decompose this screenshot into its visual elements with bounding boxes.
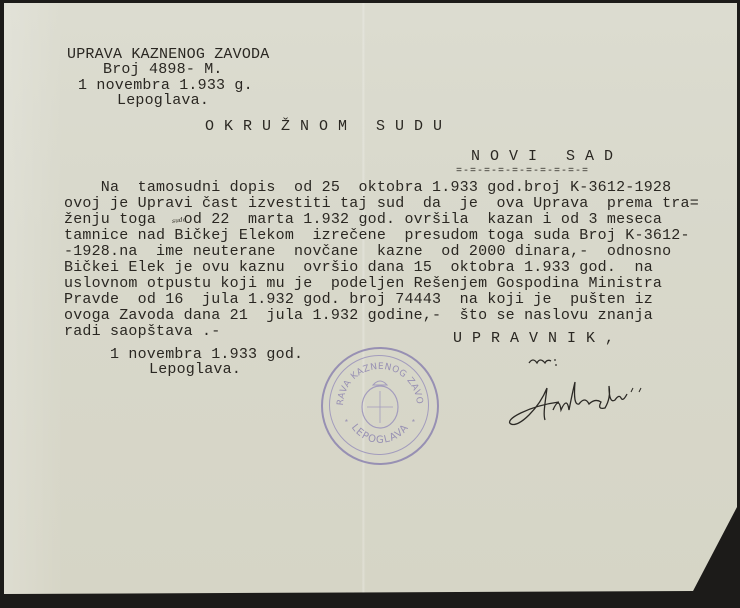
svg-text:UPRAVA KAZNENOG ZAVODA: UPRAVA KAZNENOG ZAVODA xyxy=(323,349,424,406)
reference-number: Broj 4898- M. xyxy=(103,62,223,78)
footer-place: Lepoglava. xyxy=(149,362,241,378)
body-line: radi saopštava .- xyxy=(64,324,220,340)
body-line: Bičkei Elek je ovu kaznu ovršio dana 15 … xyxy=(64,260,653,276)
svg-text:*: * xyxy=(344,419,349,428)
folded-corner xyxy=(696,553,740,595)
svg-text:*: * xyxy=(411,419,416,428)
recipient-city: NOVI SAD xyxy=(471,149,623,165)
body-line: tamnice nad Bičkej Elekom izrečene presu… xyxy=(64,228,690,244)
signature-icon xyxy=(499,348,699,438)
director-signature xyxy=(499,348,699,443)
recipient-court: OKRUŽNOM SUDU xyxy=(205,119,452,135)
body-line: ženju toga od 22 marta 1.932 god. ovršil… xyxy=(64,212,662,228)
svg-text:LEPOGLAVA: LEPOGLAVA xyxy=(349,422,411,446)
official-stamp: UPRAVA KAZNENOG ZAVODA LEPOGLAVA * * xyxy=(321,347,439,465)
signatory-title: UPRAVNIK, xyxy=(453,331,624,347)
body-line: ovoga Zavoda dana 21 jula 1.932 godine,-… xyxy=(64,308,653,324)
body-line: Pravde od 16 jula 1.932 god. broj 74443 … xyxy=(64,292,653,308)
recipient-city-underline: =-=-=-=-=-=-=-=-=-= xyxy=(456,166,589,177)
body-line: uslovnom otpustu koji mu je podeljen Reš… xyxy=(64,276,662,292)
body-line: Na tamosudni dopis od 25 oktobra 1.933 g… xyxy=(64,180,671,196)
body-line: -1928.na ime neuterane novčane kazne od … xyxy=(64,244,671,260)
header-place: Lepoglava. xyxy=(117,93,209,109)
stamp-coat-of-arms-icon: UPRAVA KAZNENOG ZAVODA LEPOGLAVA * * xyxy=(323,349,437,463)
document-paper: UPRAVA KAZNENOG ZAVODA Broj 4898- M. 1 n… xyxy=(4,3,737,603)
body-line: ovoj je Upravi čast izvestiti taj sud da… xyxy=(64,196,699,212)
